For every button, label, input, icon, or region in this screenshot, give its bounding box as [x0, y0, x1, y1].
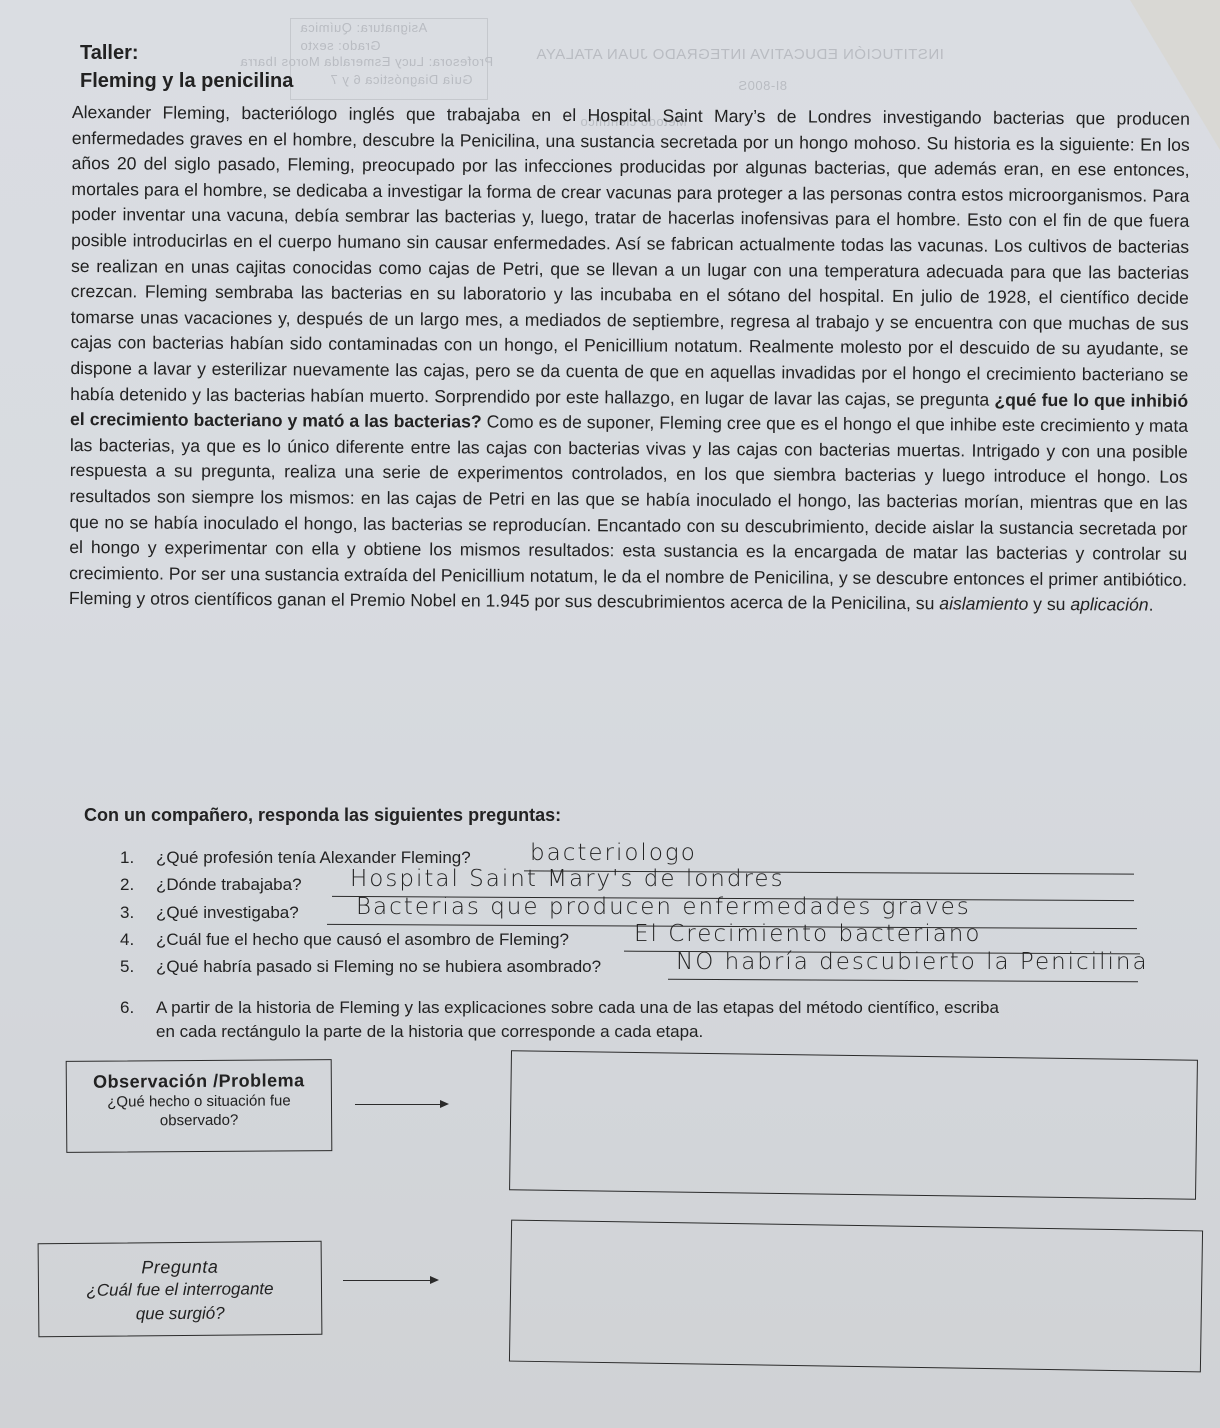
question-number: 1.	[120, 848, 156, 868]
question6-line1: A partir de la historia de Fleming y las…	[156, 998, 999, 1017]
bleed-through-grade: Grado: sexto	[300, 38, 380, 53]
answer-3[interactable]: Bacterias que producen enfermedades grav…	[356, 894, 971, 920]
stage-observation-box: Observación /Problema ¿Qué hecho o situa…	[66, 1059, 333, 1153]
stage-question-prompt: ¿Cuál fue el interrogante	[39, 1277, 321, 1303]
bleed-through-institution: INSTITUCIÓN EDUCATIVA INTEGRADO JUAN ATA…	[536, 46, 944, 63]
answer-4[interactable]: El Crecimiento bacteriano	[634, 921, 981, 947]
question-6: 6.A partir de la historia de Fleming y l…	[120, 996, 1160, 1044]
bleed-through-subject: Asignatura: Química	[300, 20, 427, 35]
stage-question-prompt-cont: que surgió?	[39, 1301, 321, 1327]
workshop-label: Taller:	[80, 42, 139, 65]
stage-question-answer-box[interactable]	[509, 1220, 1203, 1373]
arrow-right-icon	[355, 1104, 447, 1105]
question-5: 5.¿Qué habría pasado si Fleming no se hu…	[120, 957, 601, 977]
bleed-through-code: 8I-800S	[738, 78, 787, 93]
stage-observation-prompt: ¿Qué hecho o situación fue	[67, 1091, 331, 1112]
bleed-through-teacher: Profesora: Lucy Esmeralda Moros Ibarra	[240, 54, 493, 69]
stage-observation-answer-box[interactable]	[509, 1050, 1198, 1200]
answer-2[interactable]: Hospital Saint Mary's de londres	[350, 866, 785, 892]
question6-line2: en cada rectángulo la parte de la histor…	[120, 1020, 1160, 1044]
question-4: 4.¿Cuál fue el hecho que causó el asombr…	[120, 930, 569, 950]
question-number: 3.	[120, 903, 156, 923]
answer-5[interactable]: NO habría descubierto la Penicilina	[676, 949, 1149, 975]
question-text: ¿Qué habría pasado si Fleming no se hubi…	[156, 957, 601, 976]
question-1: 1.¿Qué profesión tenía Alexander Fleming…	[120, 848, 471, 868]
question-number: 6.	[120, 996, 156, 1020]
stage-observation-prompt-cont: observado?	[67, 1110, 331, 1131]
story-paragraph: Alexander Fleming, bacteriólogo inglés q…	[69, 100, 1190, 619]
arrow-right-icon	[343, 1280, 437, 1281]
question-number: 2.	[120, 875, 156, 895]
story-text-part1: Alexander Fleming, bacteriólogo inglés q…	[70, 102, 1190, 409]
question-text: ¿Qué investigaba?	[156, 903, 299, 922]
stage-question-box: Pregunta ¿Cuál fue el interrogante que s…	[38, 1241, 323, 1337]
worksheet-page: Asignatura: Química Grado: sexto Profeso…	[0, 0, 1220, 1428]
stage-observation-title: Observación /Problema	[67, 1070, 331, 1093]
bleed-through-guide: Guía Diagnóstica 6 y 7	[330, 72, 473, 87]
answer-line-5[interactable]	[668, 979, 1138, 982]
question-number: 4.	[120, 930, 156, 950]
question-text: ¿Cuál fue el hecho que causó el asombro …	[156, 930, 569, 949]
question-2: 2.¿Dónde trabajaba?	[120, 875, 302, 895]
story-end: .	[1149, 595, 1154, 615]
story-text-part3: y su	[1028, 594, 1070, 614]
question-text: ¿Qué profesión tenía Alexander Fleming?	[156, 848, 471, 867]
answer-1[interactable]: bacteriologo	[530, 840, 697, 866]
instructions-heading: Con un compañero, responda las siguiente…	[84, 805, 561, 826]
workshop-title: Fleming y la penicilina	[80, 70, 293, 93]
story-italic-isolation: aislamiento	[939, 594, 1028, 615]
story-text-part2: Como es de suponer, Fleming cree que es …	[69, 412, 1188, 614]
question-text: ¿Dónde trabajaba?	[156, 875, 302, 894]
question-3: 3.¿Qué investigaba?	[120, 903, 299, 923]
stage-question-title: Pregunta	[39, 1256, 321, 1279]
story-italic-application: aplicación	[1070, 594, 1148, 614]
question-number: 5.	[120, 957, 156, 977]
